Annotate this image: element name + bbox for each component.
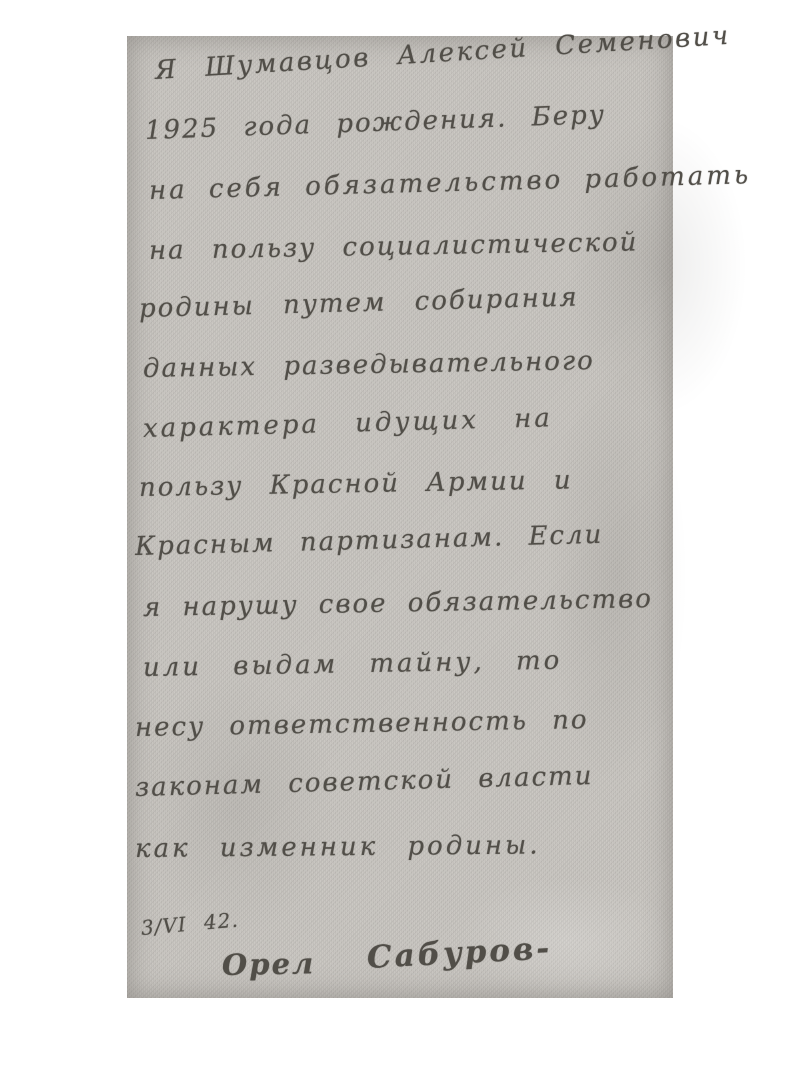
handwritten-line-13: законам советской власти [135, 761, 594, 803]
date-line: 3/VI 42. [140, 908, 240, 940]
signature-codename: Орел [222, 946, 316, 982]
handwritten-line-11: или выдам тайну, то [143, 646, 563, 683]
handwritten-line-10: я нарушу свое обязательство [143, 584, 653, 623]
handwritten-line-9: Красным партизанам. Если [135, 520, 604, 562]
signature-surname: Сабуров- [366, 930, 553, 976]
handwritten-line-6: данных разведывательного [143, 346, 595, 384]
handwritten-line-14: как изменник родины. [135, 830, 541, 864]
handwritten-document-photo: Я Шумавцов Алексей Семенович 1925 года р… [127, 36, 673, 998]
handwritten-line-2: 1925 года рождения. Беру [144, 100, 606, 146]
handwritten-line-5: родины путем собирания [139, 282, 579, 324]
handwritten-line-1: Я Шумавцов Алексей Семенович [154, 21, 731, 86]
handwritten-line-7: характера идущих на [143, 403, 554, 444]
handwritten-line-3: на себя обязательство работать [149, 160, 752, 206]
handwritten-line-8: пользу Красной Армии и [139, 465, 573, 503]
handwritten-line-4: на пользу социалистической [149, 227, 639, 266]
handwritten-line-12: несу ответственность по [135, 705, 589, 743]
